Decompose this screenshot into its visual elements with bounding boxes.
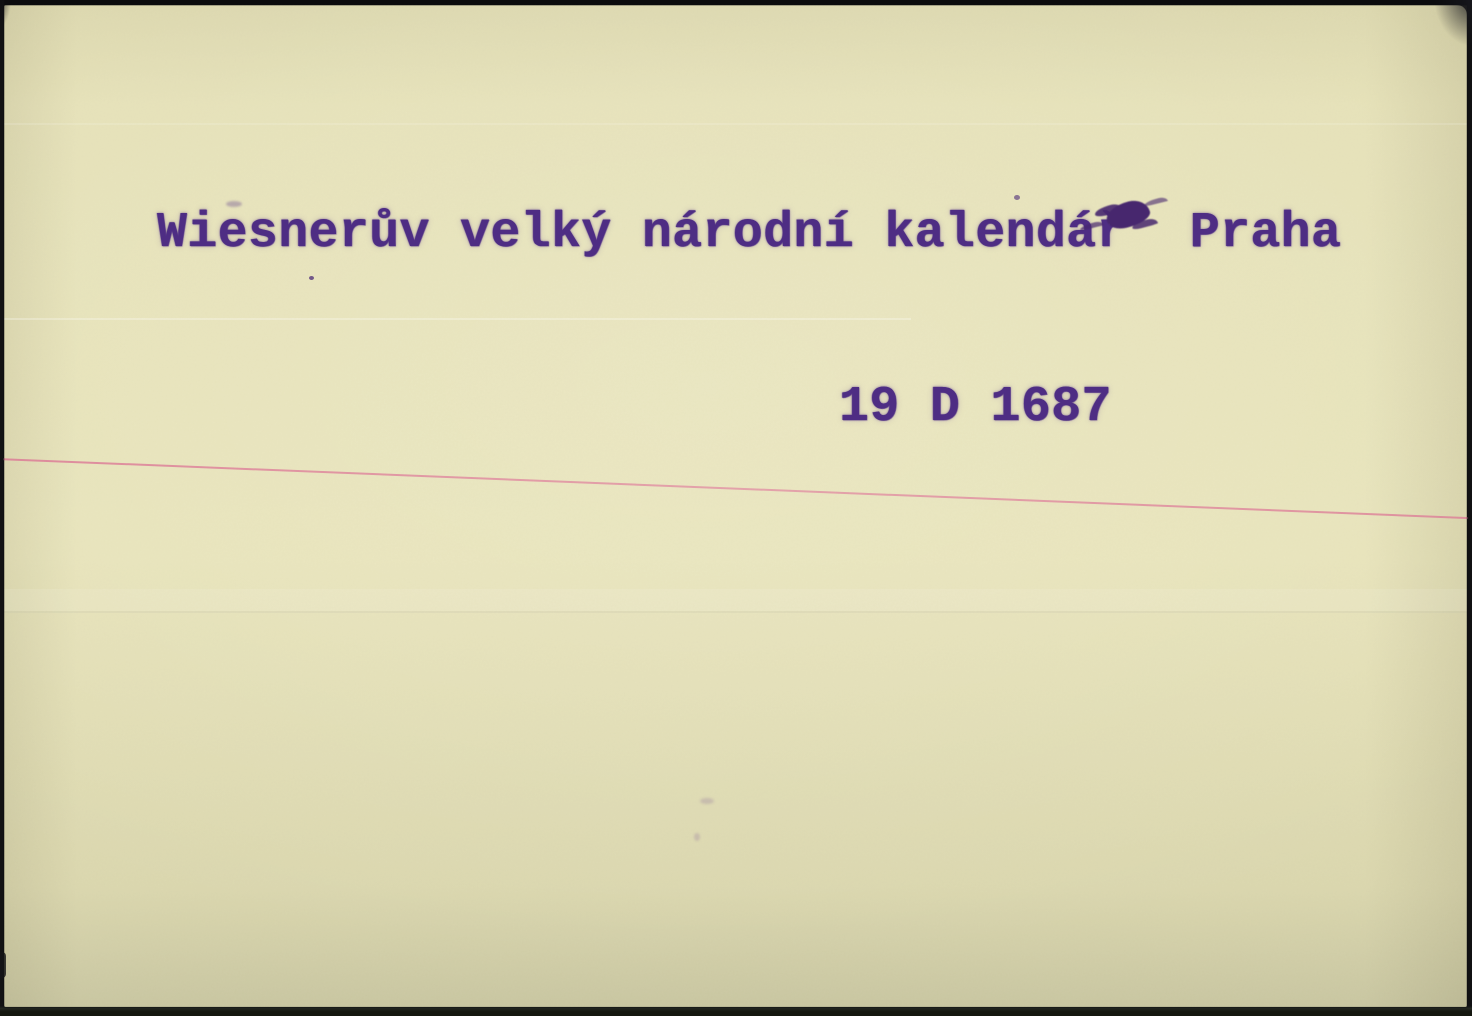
card-title: Wiesnerův velký národní kalendář: [157, 205, 1127, 262]
paper-shading: [4, 5, 1467, 1007]
scan-streak: [4, 123, 1467, 125]
ink-speck: [309, 276, 314, 280]
ink-speck: [1014, 195, 1020, 200]
ink-speck: [694, 833, 700, 841]
scan-streak: [4, 318, 911, 320]
paper-grain-texture: [4, 5, 1472, 1016]
scan-streak: [4, 589, 1467, 613]
scan-edge-bottom: [0, 1006, 1472, 1016]
catalog-card: Wiesnerův velký národní kalendářPraha 19…: [4, 5, 1467, 1007]
card-place: Praha: [1190, 205, 1342, 262]
scan-streak: [4, 611, 1467, 613]
card-title-line: Wiesnerův velký národní kalendářPraha: [157, 209, 1341, 259]
catalog-card-scan: Wiesnerův velký národní kalendářPraha 19…: [0, 0, 1472, 1016]
ruled-line: [0, 458, 1472, 520]
ink-speck: [700, 798, 714, 804]
card-call-number: 19 D 1687: [839, 383, 1112, 433]
